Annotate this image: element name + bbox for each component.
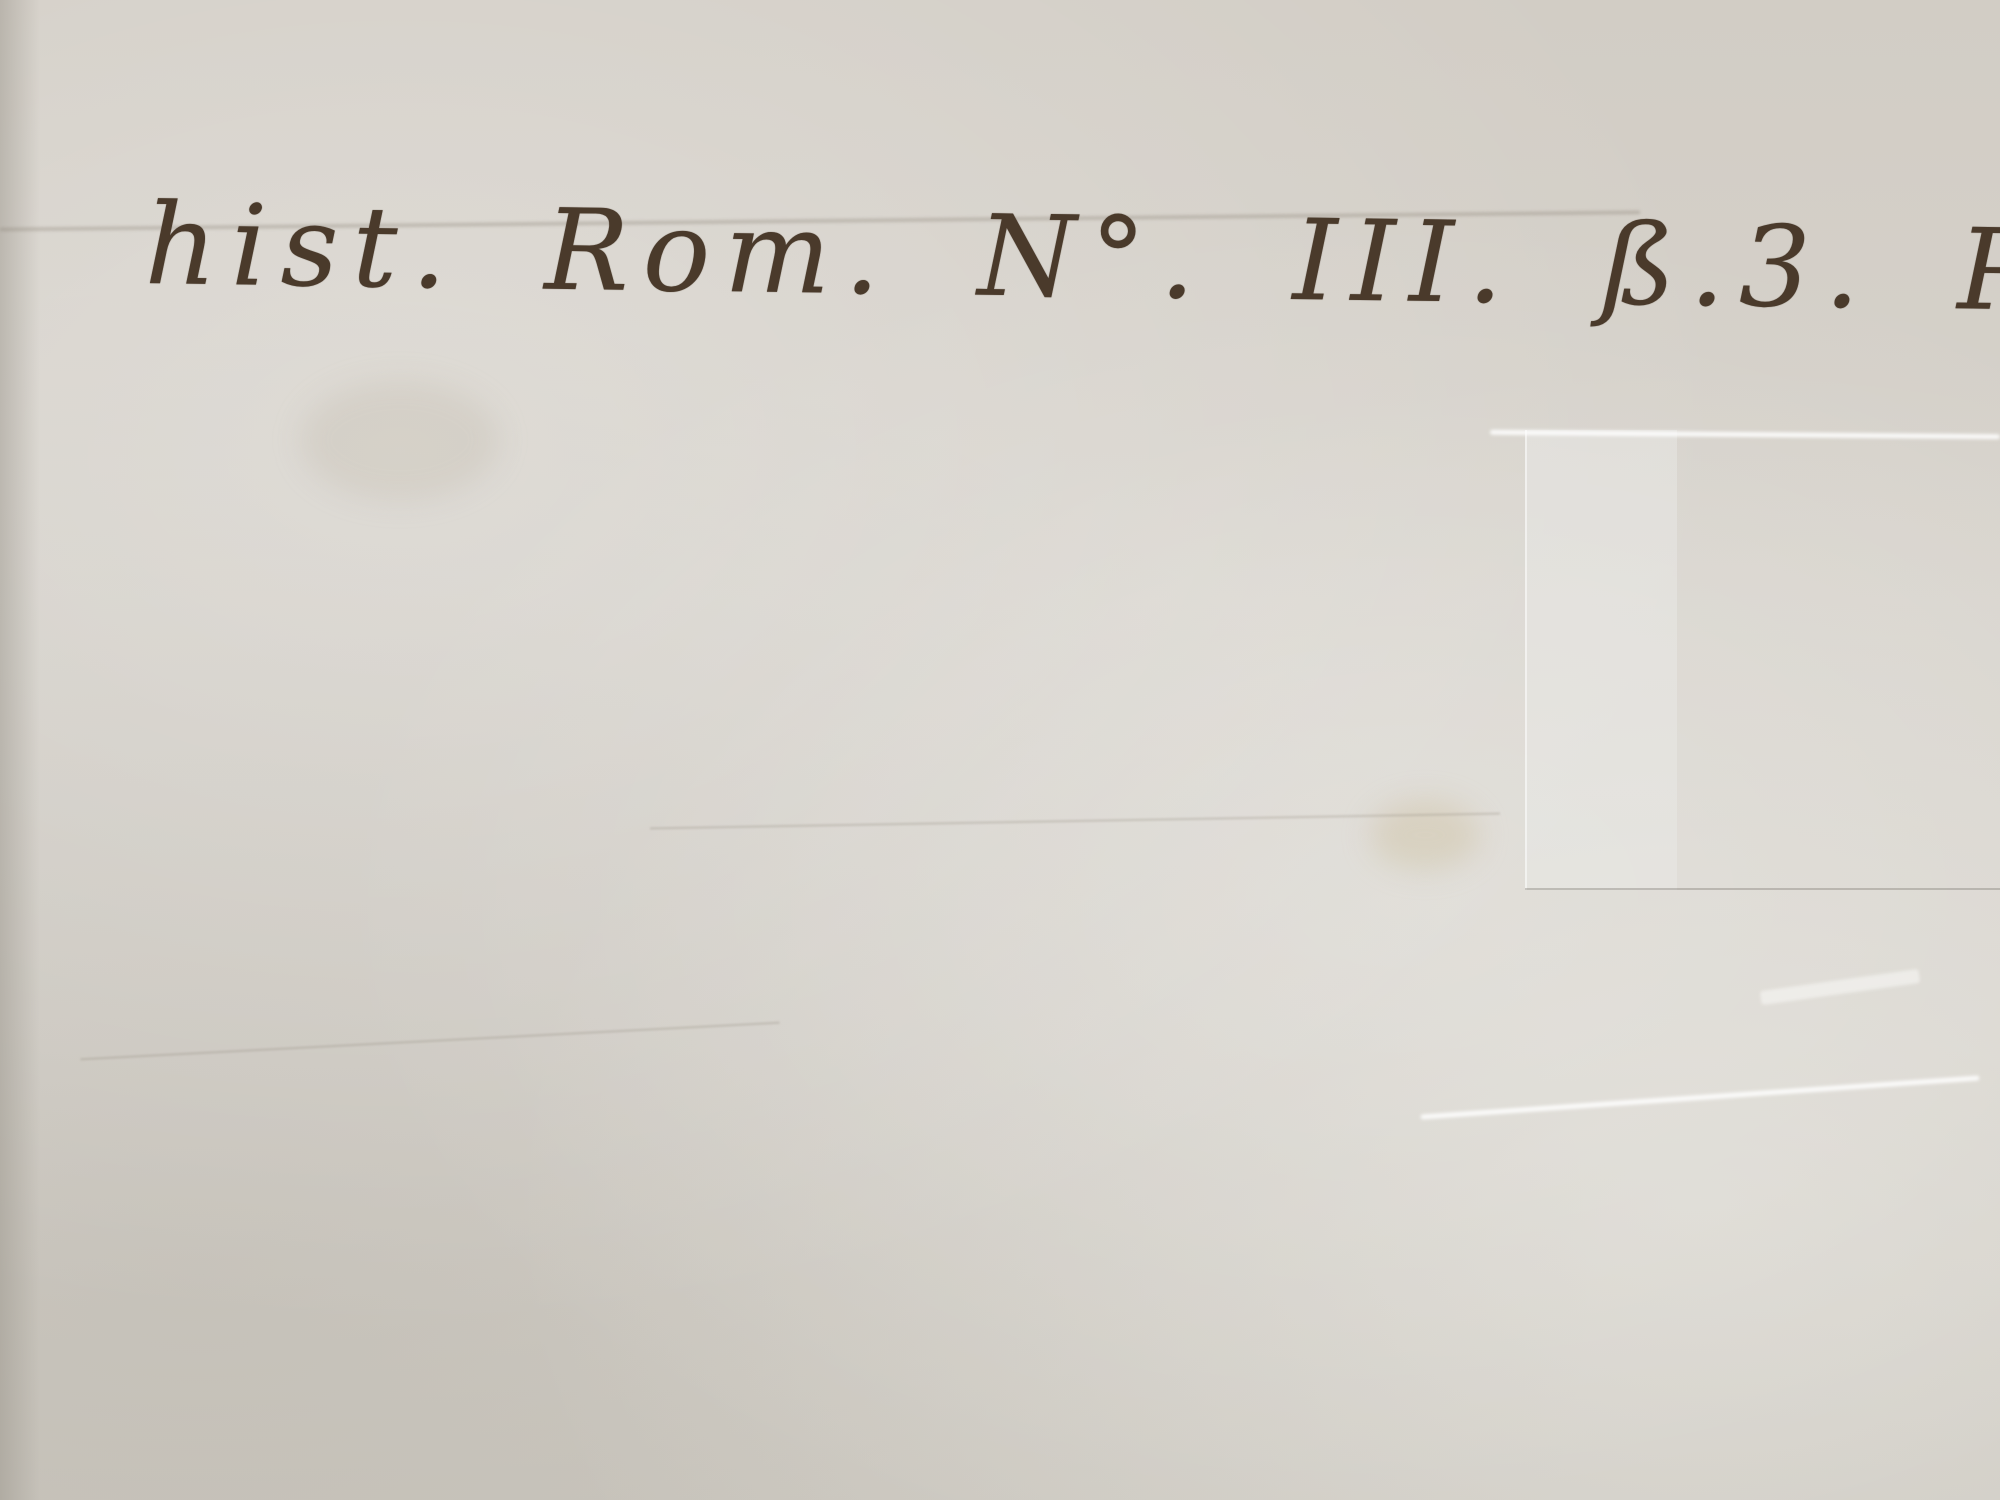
- paper-left-edge: [0, 0, 40, 1500]
- paper-white-crease: [1760, 969, 1920, 1005]
- paper-crease: [80, 1022, 779, 1061]
- shelfmark-part: III.: [1292, 196, 1518, 329]
- shelfmark-part: hist.: [144, 180, 462, 314]
- shelfmark-part: Rom.: [544, 186, 895, 321]
- foxing-stain: [300, 380, 500, 500]
- handwritten-shelfmark: hist. Rom. N°. III. ß.3. PA.4: [144, 180, 2000, 340]
- shelfmark-part: N°.: [977, 192, 1210, 325]
- paper-repair-edge: [1525, 888, 2000, 890]
- foxing-stain: [1370, 800, 1480, 870]
- paper-repair-patch: [1525, 430, 1677, 890]
- shelfmark-part: ß.3.: [1600, 200, 1875, 334]
- paper-white-crease: [1421, 1075, 1980, 1119]
- shelfmark-part: PA.4: [1957, 205, 2000, 339]
- paper-page: hist. Rom. N°. III. ß.3. PA.4: [0, 0, 2000, 1500]
